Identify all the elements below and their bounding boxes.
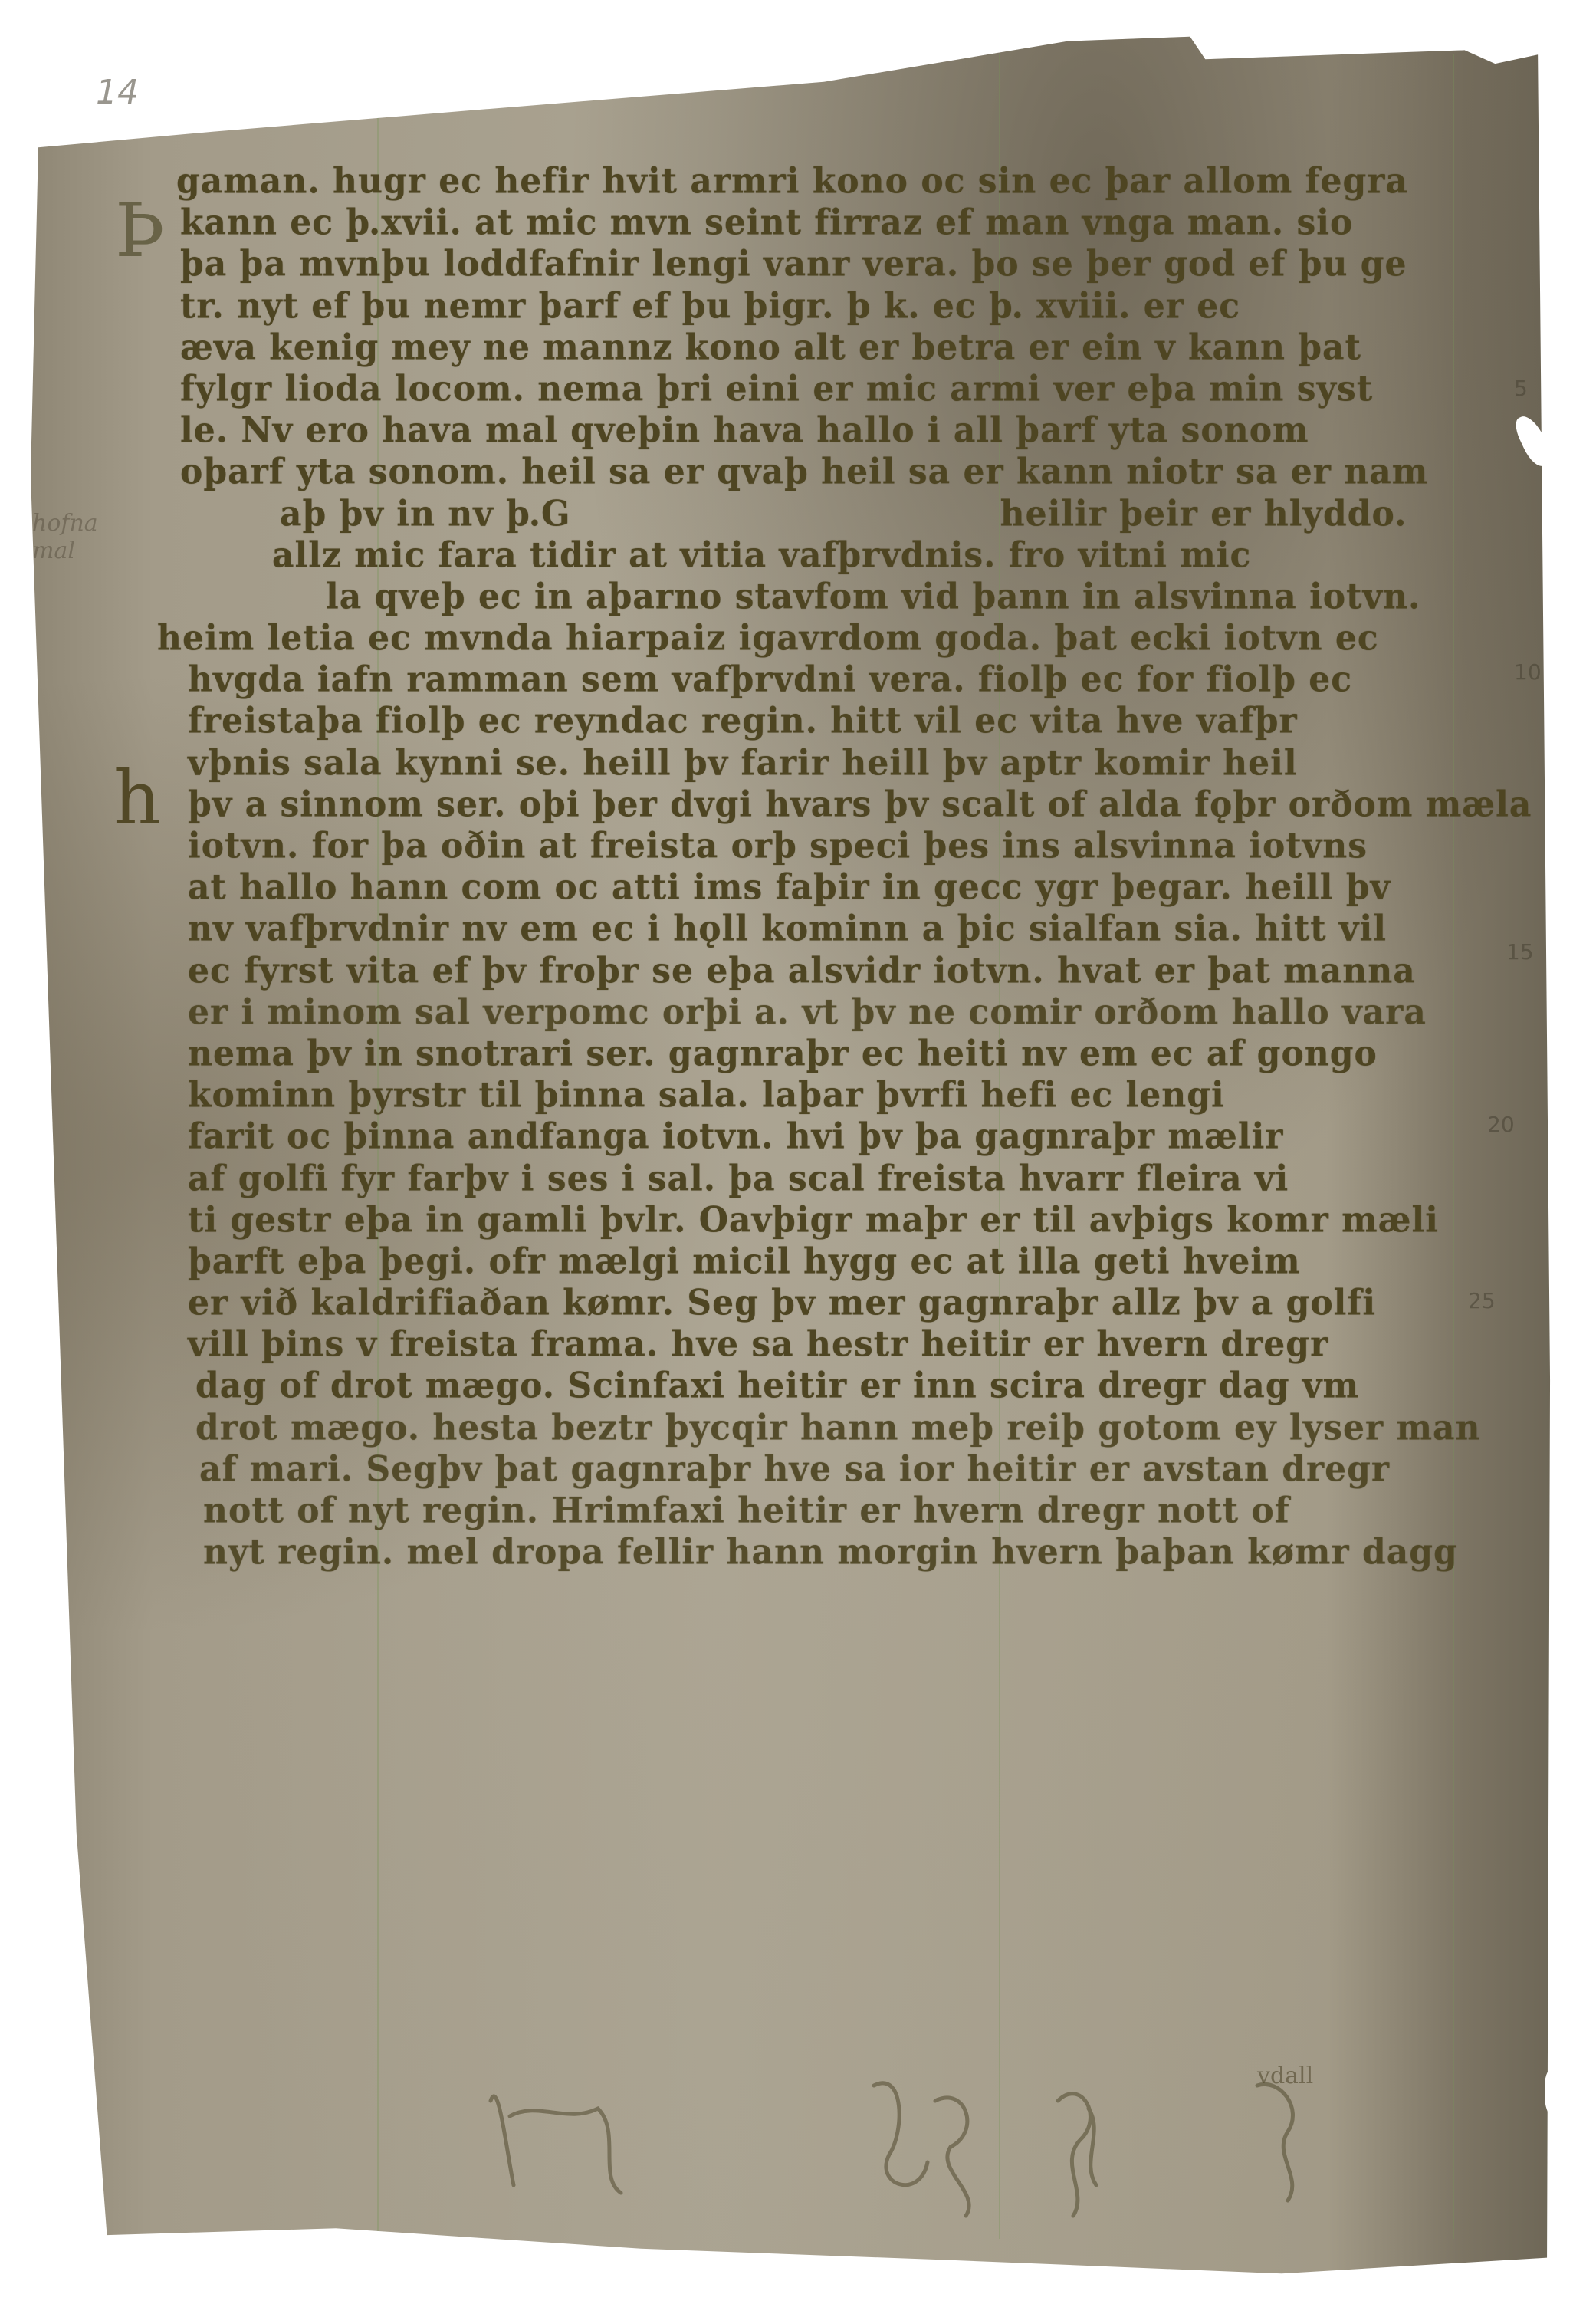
text-line: ti gestr eþa in gamli þvlr. Oavþigr maþr… xyxy=(134,1198,1453,1242)
text-line: þa þa mvnþu loddfafnir lengi vanr vera. … xyxy=(134,243,1453,287)
manuscript-text: gaman. hugr ec hefir hvit armri kono oc … xyxy=(134,161,1453,1573)
line-number: 20 xyxy=(1487,1112,1515,1137)
parchment-tear xyxy=(1552,153,1583,188)
text-line: oþarf yta sonom. heil sa er qvaþ heil sa… xyxy=(134,451,1453,495)
text-line: er við kaldrifiaðan kømr. Seg þv mer gag… xyxy=(134,1282,1453,1326)
text-segment: aþ þv in nv þ.G xyxy=(280,493,571,534)
text-line: fylgr lioda locom. nema þri eini er mic … xyxy=(134,368,1453,412)
line-number: 15 xyxy=(1506,939,1534,965)
text-line: æva kenig mey ne mannz kono alt er betra… xyxy=(134,326,1453,370)
text-line: tr. nyt ef þu nemr þarf ef þu þigr. þ k.… xyxy=(134,284,1453,328)
text-line: vill þins v freista frama. hve sa hestr … xyxy=(134,1323,1453,1367)
text-line: nv vafþrvdnir nv em ec i hǫll kominn a þ… xyxy=(134,908,1453,952)
margin-note-line: hofna xyxy=(32,510,98,537)
text-line: þarft eþa þegi. ofr mælgi micil hygg ec … xyxy=(134,1241,1453,1284)
text-line: af golfi fyr farþv i ses i sal. þa scal … xyxy=(134,1157,1453,1201)
text-line: þv a sinnom ser. oþi þer dvgi hvars þv s… xyxy=(134,783,1453,827)
text-line: le. Nv ero hava mal qveþin hava hallo i … xyxy=(134,409,1453,453)
text-line: la qveþ ec in aþarno stavfom vid þann in… xyxy=(134,576,1453,620)
text-line: drot mægo. hesta beztr þycqir hann meþ r… xyxy=(134,1406,1453,1450)
text-line: farit oc þinna andfanga iotvn. hvi þv þa… xyxy=(134,1116,1453,1159)
text-line: af mari. Segþv þat gagnraþr hve sa ior h… xyxy=(134,1448,1453,1491)
parchment-tear xyxy=(1545,2066,1571,2120)
text-line: nema þv in snotrari ser. gagnraþr ec hei… xyxy=(134,1033,1453,1076)
ruling-line xyxy=(1453,54,1454,2239)
text-line: nott of nyt regin. Hrimfaxi heitir er hv… xyxy=(134,1490,1453,1533)
text-line: ec fyrst vita ef þv froþr se eþa alsvidr… xyxy=(134,949,1453,993)
text-line: heim letia ec mvnda hiarpaiz igavrdom go… xyxy=(134,617,1453,661)
margin-note-line: mal xyxy=(32,537,98,565)
text-line: allz mic fara tidir at vitia vafþrvdnis.… xyxy=(134,534,1453,577)
text-line: vþnis sala kynni se. heill þv farir heil… xyxy=(134,741,1453,785)
line-number: 10 xyxy=(1514,659,1542,685)
text-line: kominn þyrstr til þinna sala. laþar þvrf… xyxy=(134,1074,1453,1118)
scribble-flourish-icon xyxy=(475,2070,1472,2224)
margin-note: hofna mal xyxy=(32,510,98,565)
folio-number: 14 xyxy=(96,73,139,112)
text-line: at hallo hann com oc atti ims faþir in g… xyxy=(134,866,1453,910)
bottom-marginalia: vdall xyxy=(475,2070,1472,2224)
text-line: hvgda iafn ramman sem vafþrvdni vera. fi… xyxy=(134,659,1453,702)
text-line: dag of drot mægo. Scinfaxi heitir er inn… xyxy=(134,1365,1453,1408)
line-number: 5 xyxy=(1514,376,1528,401)
line-number: 25 xyxy=(1468,1288,1496,1313)
text-line: freistaþa fiolþ ec reyndac regin. hitt v… xyxy=(134,700,1453,744)
text-line: gaman. hugr ec hefir hvit armri kono oc … xyxy=(134,160,1453,204)
text-segment: heilir þeir er hlyddo. xyxy=(1000,493,1407,534)
text-line: aþ þv in nv þ.Gheilir þeir er hlyddo. xyxy=(134,492,1453,536)
scribble-text: vdall xyxy=(1257,2063,1313,2089)
parchment-tear xyxy=(1548,1928,1583,1990)
text-line: nyt regin. mel dropa fellir hann morgin … xyxy=(134,1531,1453,1575)
text-line: iotvn. for þa oðin at freista orþ speci … xyxy=(134,825,1453,869)
text-line: er i minom sal verpomc orþi a. vt þv ne … xyxy=(134,991,1453,1034)
text-line: kann ec þ.xvii. at mic mvn seint firraz … xyxy=(134,202,1453,245)
parchment-tear xyxy=(1545,261,1575,314)
